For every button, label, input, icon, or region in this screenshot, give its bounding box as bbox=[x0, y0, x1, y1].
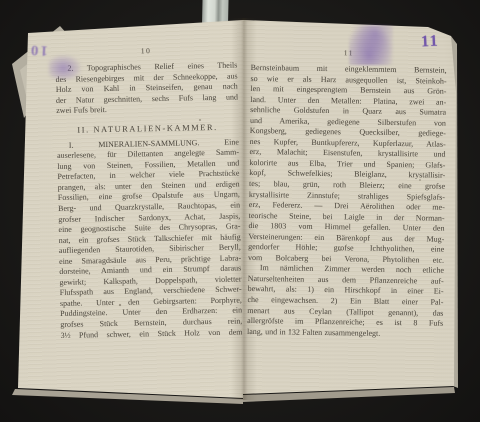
ink-smudge-left bbox=[49, 55, 81, 79]
ink-smudge-right bbox=[349, 25, 393, 65]
paragraph-bernstein-continuation: Bernsteinbaum mit eingeklemmtem Bernstei… bbox=[248, 63, 447, 266]
purple-stamp-number-left: 10 bbox=[29, 41, 49, 59]
left-page-text: 10 2. Topographisches Relief eines Theil… bbox=[55, 45, 243, 342]
open-book-photo: 10 2. Topographisches Relief eines Theil… bbox=[0, 0, 480, 422]
right-page-text: 11 Bernsteinbaum mit eingeklemmtem Berns… bbox=[247, 47, 447, 340]
paragraph-relief: 2. Topographisches Relief eines Theilsde… bbox=[55, 61, 238, 117]
section-heading-naturalien-kammer: II. NATURALIEN-KAMMER. bbox=[56, 122, 238, 134]
text-line: zwei Fufs breit. bbox=[56, 103, 238, 117]
purple-stamp-number-right: 11 bbox=[421, 33, 440, 52]
paragraph-naturseltenheiten: Im nämlichen Zimmer werden noch etlicheN… bbox=[247, 263, 444, 340]
paragraph-mineralien-sammlung: I. MINERALIEN-SAMMLUNG. Eineauserlesene,… bbox=[57, 137, 243, 341]
